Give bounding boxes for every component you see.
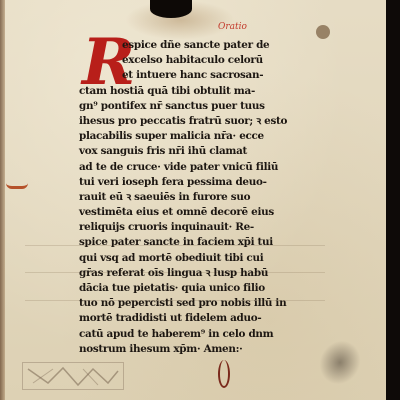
text-line: ihesus pro peccatis fratrū suor; ꝛ esto — [79, 114, 290, 129]
text-line: dācia tue pietatis· quia unico filio — [79, 281, 290, 296]
marginal-mark — [6, 178, 28, 189]
text-line: gr̄as referat oīs lingua ꝛ lusp habū — [79, 266, 290, 281]
rubric-flourish — [218, 360, 230, 388]
text-line: nostrum ihesum xp̄m· Amen:· — [79, 342, 290, 357]
text-line: vox sanguis fris nr̄i ihū clamat — [79, 144, 290, 159]
text-line: rauit eū ꝛ saeuiēs in furore suo — [79, 190, 290, 205]
text-line: excelso habitaculo celorū — [104, 53, 290, 68]
text-line: ad te de cruce· vide pater vnicū filiū — [79, 160, 290, 175]
text-line: catū apud te haberem⁹ in celo dnm — [79, 327, 290, 342]
marginal-sketch — [22, 362, 124, 390]
text-line: mortē tradidisti ut fidelem aduo- — [79, 311, 290, 326]
text-block: espice dñe sancte pater de excelso habit… — [104, 38, 290, 357]
dark-background-edge — [386, 0, 400, 400]
text-line: tuo nō pepercisti sed pro nobis illū in — [79, 296, 290, 311]
text-line: tui veri ioseph fera pessima deuo- — [79, 175, 290, 190]
text-line: spice pater sancte in faciem xp̄i tui — [79, 235, 290, 250]
text-line: reliquijs cruoris inquinauit· Re- — [79, 220, 290, 235]
manuscript-page: Oratio R espice dñe sancte pater de exce… — [0, 0, 386, 400]
text-line: placabilis super malicia nr̄a· ecce — [79, 129, 290, 144]
sketch-drawing-icon — [23, 363, 123, 389]
text-line: et intuere hanc sacrosan- — [104, 68, 290, 83]
text-line: espice dñe sancte pater de — [104, 38, 290, 53]
ink-stain — [150, 0, 192, 18]
smudge-mark — [311, 333, 368, 392]
text-line: qui vsq ad mortē obediuit tibi cui — [79, 251, 290, 266]
text-line: gn⁹ pontifex nr̄ sanctus puer tuus — [79, 99, 290, 114]
rubric-heading: Oratio — [218, 22, 247, 32]
text-line: vestimēta eius et omnē decorē eius — [79, 205, 290, 220]
foxing-spot — [316, 25, 330, 39]
page-left-edge — [0, 0, 5, 400]
text-line: ctam hostiā quā tibi obtulit ma- — [79, 84, 290, 99]
